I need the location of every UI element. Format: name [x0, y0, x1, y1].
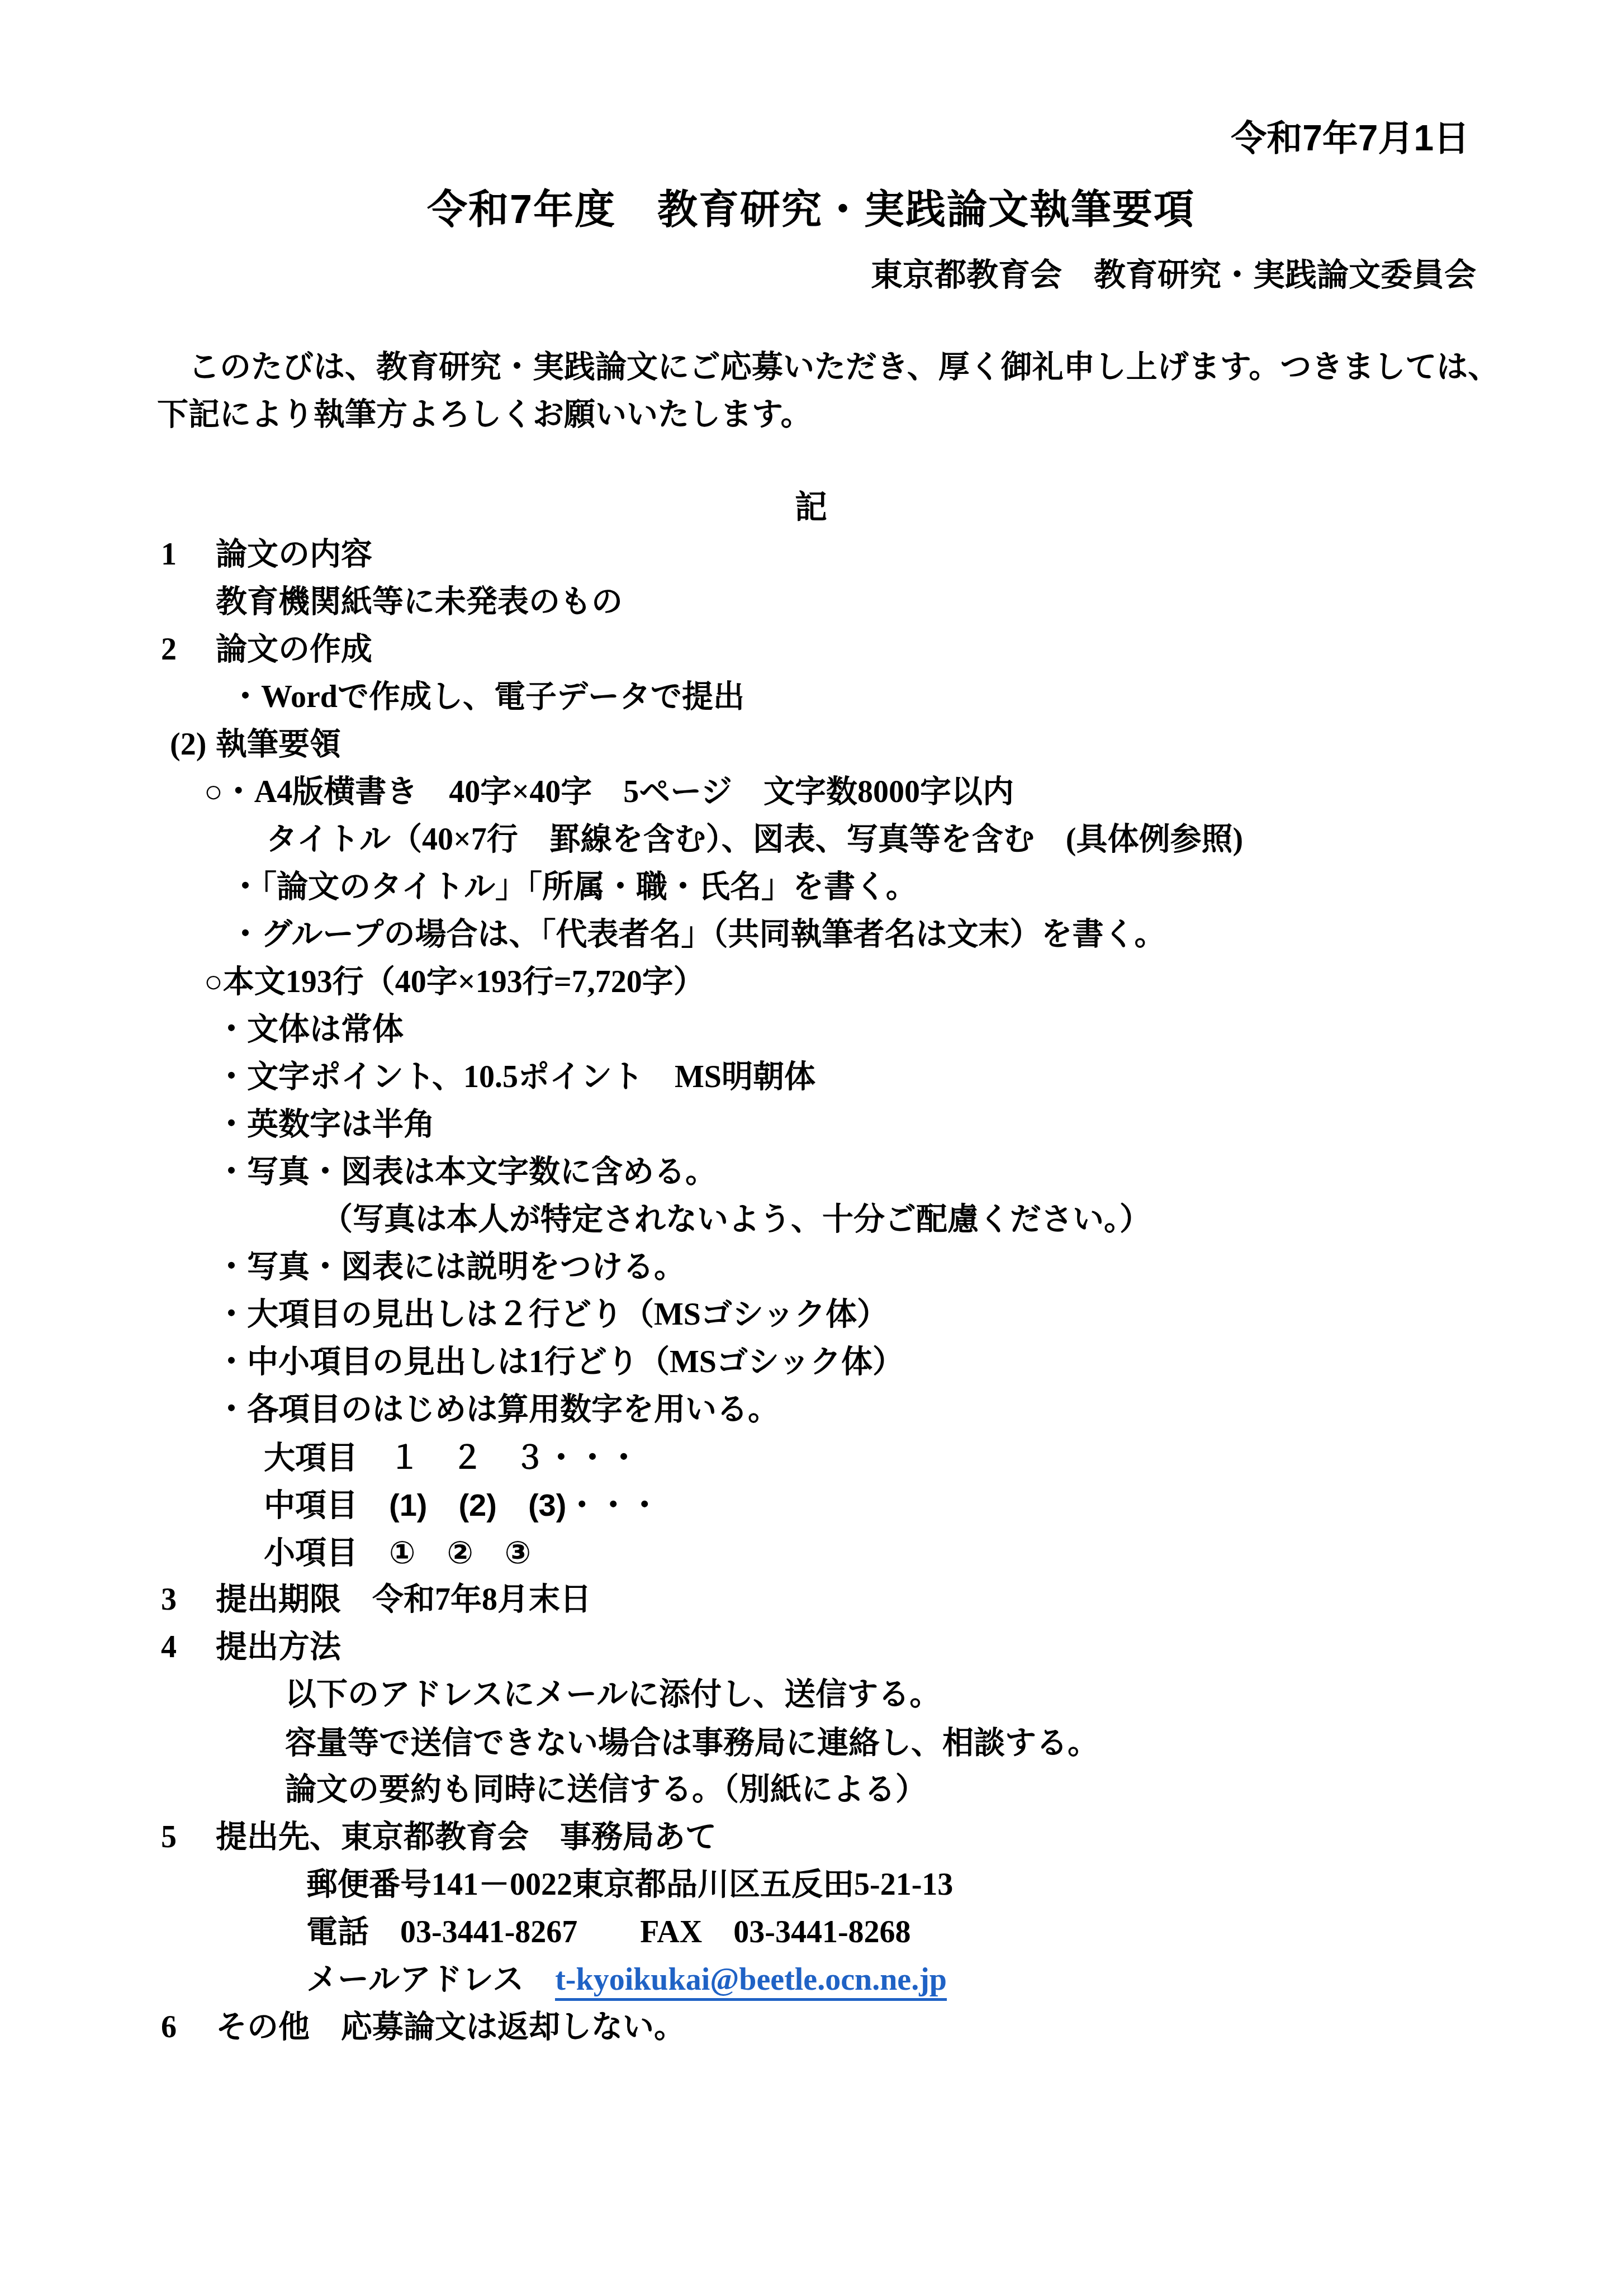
document-line: 3提出期限 令和7年8月末日	[161, 1576, 1622, 1624]
line-text: ○本文193行（40字×193行=7,720字）	[204, 965, 705, 999]
line-text: 電話 03-3441-8267 FAX 03-3441-8268	[306, 1915, 911, 1949]
line-text: 中項目 (1) (2) (3)・・・	[264, 1487, 660, 1522]
document-line: 小項目 ① ② ③	[264, 1529, 1622, 1576]
intro-line-2: 下記により執筆方よろしくお願いいたします。	[0, 391, 1622, 439]
document-line: メールアドレス t-kyoikukai@beetle.ocn.ne.jp	[306, 1956, 1622, 2004]
line-text: ・各項目のはじめは算用数字を用いる。	[216, 1392, 779, 1427]
document-line: ・「論文のタイトル」「所属・職・氏名」を書く。	[230, 864, 1622, 911]
document-line: ・文体は常体	[216, 1006, 1622, 1054]
line-text: 論文の作成	[216, 632, 372, 667]
line-text: ・写真・図表は本文字数に含める。	[216, 1155, 717, 1189]
document-line: ・各項目のはじめは算用数字を用いる。	[216, 1386, 1622, 1434]
line-text: その他 応募論文は返却しない。	[216, 2010, 685, 2044]
document-line: 6その他 応募論文は返却しない。	[161, 2004, 1622, 2051]
document-line: ・写真・図表は本文字数に含める。	[216, 1149, 1622, 1196]
document-line: ・英数字は半角	[216, 1101, 1622, 1149]
document-title: 令和7年度 教育研究・実践論文執筆要項	[0, 182, 1622, 238]
document-line: 1論文の内容	[161, 531, 1622, 578]
document-line: ・Wordで作成し、電子データで提出	[230, 673, 1622, 721]
document-line: ○本文193行（40字×193行=7,720字）	[204, 959, 1622, 1006]
document-line: 論文の要約も同時に送信する。（別紙による）	[285, 1766, 1622, 1814]
document-line: ・写真・図表には説明をつける。	[216, 1244, 1622, 1291]
item-number: (2)	[170, 721, 216, 769]
line-text: 執筆要領	[216, 727, 341, 762]
item-number: 6	[161, 2004, 216, 2051]
document-line: （写真は本人が特定されないよう、十分ご配慮ください。）	[321, 1196, 1622, 1244]
document-line: (2)執筆要領	[170, 721, 1622, 769]
line-text: 論文の内容	[216, 537, 372, 572]
line-text: タイトル（40×7行 罫線を含む）、図表、写真等を含む (具体例参照)	[266, 822, 1243, 857]
line-text: 論文の要約も同時に送信する。（別紙による）	[285, 1772, 927, 1807]
document-line: ・グループの場合は、「代表者名」（共同執筆者名は文末）を書く。	[230, 911, 1622, 959]
line-text: 容量等で送信できない場合は事務局に連絡し、相談する。	[285, 1725, 1099, 1760]
document-line: 教育機関紙等に未発表のもの	[216, 578, 1622, 626]
line-text: ・英数字は半角	[216, 1107, 435, 1142]
document-line: 郵便番号141－0022東京都品川区五反田5-21-13	[306, 1861, 1622, 1909]
item-number: 3	[161, 1576, 216, 1624]
item-number: 5	[161, 1814, 216, 1861]
document-line: ・文字ポイント、10.5ポイント MS明朝体	[216, 1054, 1622, 1101]
line-text: 提出期限 令和7年8月末日	[216, 1582, 591, 1617]
email-link[interactable]: t-kyoikukai@beetle.ocn.ne.jp	[555, 1962, 947, 2001]
document-lines: 1論文の内容教育機関紙等に未発表のもの2論文の作成・Wordで作成し、電子データ…	[0, 531, 1622, 2051]
line-text: （写真は本人が特定されないよう、十分ご配慮ください。）	[321, 1202, 1151, 1237]
line-text: メールアドレス	[306, 1962, 555, 1997]
line-text: 大項目 １ ２ ３・・・	[264, 1440, 639, 1475]
line-text: 提出方法	[216, 1630, 341, 1664]
line-text: ・文体は常体	[216, 1012, 404, 1047]
line-text: 小項目 ① ② ③	[264, 1535, 531, 1570]
document-line: 容量等で送信できない場合は事務局に連絡し、相談する。	[285, 1719, 1622, 1766]
section-marker: 記	[0, 483, 1622, 531]
intro-line-1: このたびは、教育研究・実践論文にご応募いただき、厚く御礼申し上げます。つきまして…	[0, 344, 1622, 391]
line-text: 教育機関紙等に未発表のもの	[216, 585, 623, 619]
item-number: 2	[161, 626, 216, 673]
line-text: ・中小項目の見出しは1行どり（MSゴシック体）	[216, 1345, 904, 1379]
document-line: タイトル（40×7行 罫線を含む）、図表、写真等を含む (具体例参照)	[266, 816, 1622, 864]
document-line: 電話 03-3441-8267 FAX 03-3441-8268	[306, 1909, 1622, 1956]
document-line: ○・A4版横書き 40字×40字 5ページ 文字数8000字以内	[204, 769, 1622, 816]
document-line: 2論文の作成	[161, 626, 1622, 673]
document-line: 5提出先、東京都教育会 事務局あて	[161, 1814, 1622, 1861]
document-line: 以下のアドレスにメールに添付し、送信する。	[285, 1671, 1622, 1719]
item-number: 4	[161, 1624, 216, 1671]
line-text: ・文字ポイント、10.5ポイント MS明朝体	[216, 1060, 815, 1094]
document-line: 4提出方法	[161, 1624, 1622, 1671]
line-text: ・写真・図表には説明をつける。	[216, 1250, 685, 1284]
line-text: 郵便番号141－0022東京都品川区五反田5-21-13	[306, 1867, 953, 1902]
line-text: ・「論文のタイトル」「所属・職・氏名」を書く。	[230, 870, 917, 904]
line-text: ・大項目の見出しは２行どり（MSゴシック体）	[216, 1297, 888, 1332]
line-text: ○・A4版横書き 40字×40字 5ページ 文字数8000字以内	[204, 775, 1014, 809]
line-text: ・Wordで作成し、電子データで提出	[230, 680, 744, 714]
item-number: 1	[161, 531, 216, 578]
intro-paragraph: このたびは、教育研究・実践論文にご応募いただき、厚く御礼申し上げます。つきまして…	[0, 344, 1622, 439]
document-line: ・大項目の見出しは２行どり（MSゴシック体）	[216, 1291, 1622, 1339]
document-line: ・中小項目の見出しは1行どり（MSゴシック体）	[216, 1339, 1622, 1386]
document-subtitle: 東京都教育会 教育研究・実践論文委員会	[0, 252, 1622, 299]
line-text: 提出先、東京都教育会 事務局あて	[216, 1820, 717, 1854]
document-line: 大項目 １ ２ ３・・・	[264, 1434, 1622, 1481]
document-page: 令和7年7月1日 令和7年度 教育研究・実践論文執筆要項 東京都教育会 教育研究…	[0, 0, 1622, 2296]
line-text: ・グループの場合は、「代表者名」（共同執筆者名は文末）を書く。	[230, 917, 1165, 952]
document-line: 中項目 (1) (2) (3)・・・	[264, 1481, 1622, 1529]
line-text: 以下のアドレスにメールに添付し、送信する。	[285, 1677, 941, 1712]
document-date: 令和7年7月1日	[0, 115, 1622, 162]
